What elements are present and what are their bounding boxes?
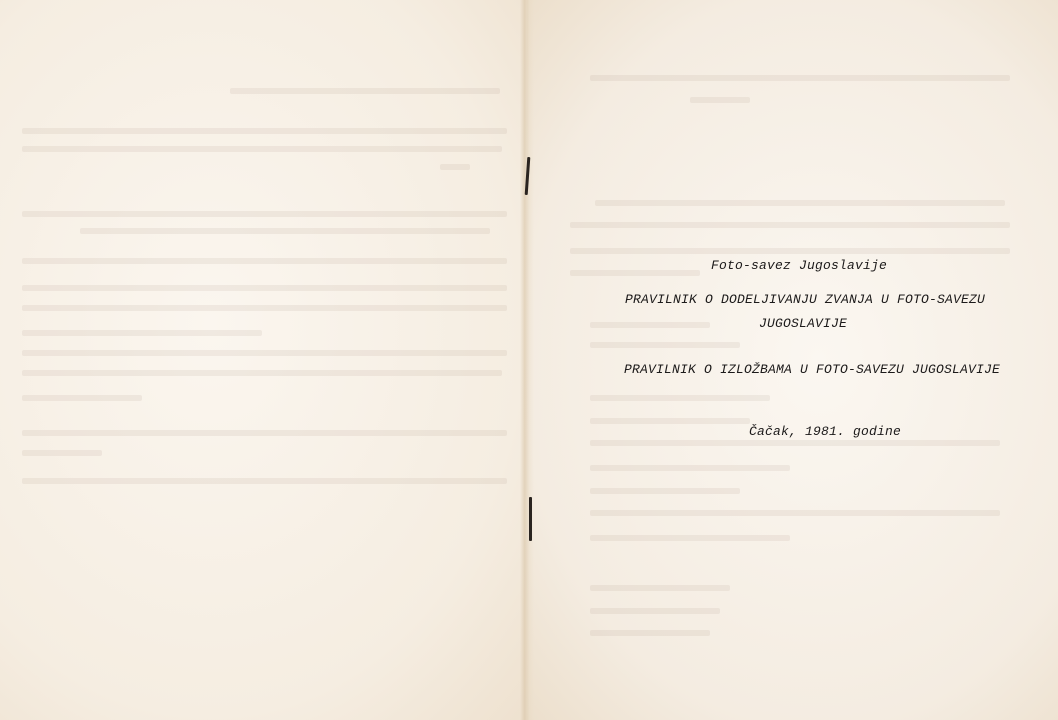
place-and-date: Čačak, 1981. godine	[749, 424, 901, 439]
left-page	[0, 0, 527, 720]
staple-bottom	[529, 497, 532, 541]
title-2: PRAVILNIK O IZLOŽBAMA U FOTO-SAVEZU JUGO…	[624, 362, 1000, 377]
organization-name: Foto-savez Jugoslavije	[711, 258, 887, 273]
booklet-spine	[520, 0, 534, 720]
title-1-line-2: JUGOSLAVIJE	[759, 316, 847, 331]
title-1-line-1: PRAVILNIK O DODELJIVANJU ZVANJA U FOTO-S…	[625, 292, 985, 307]
